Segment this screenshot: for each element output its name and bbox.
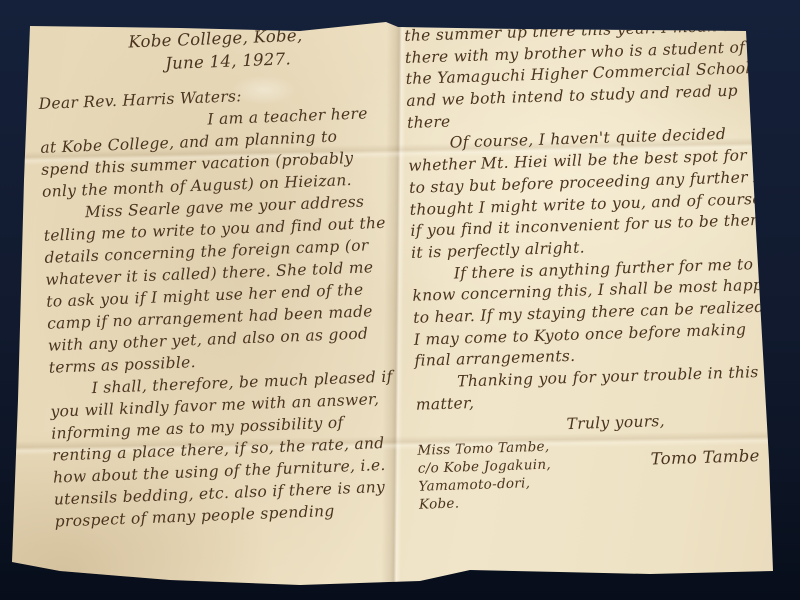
letter-paragraph: I am a teacher here at Kobe College, and… <box>39 101 390 202</box>
letter-right-page: the summer up there this year. I mean to… <box>404 15 785 515</box>
letter-left-page: Kobe College, Kobe, June 14, 1927. Dear … <box>36 21 403 533</box>
letter-paragraph: I shall, therefore, be much pleased if y… <box>49 365 403 532</box>
letter-paper: Kobe College, Kobe, June 14, 1927. Dear … <box>0 0 800 600</box>
letter-paragraph: If there is anything further for me to k… <box>411 253 780 373</box>
letter-signature: Tomo Tambe <box>650 444 760 471</box>
photo-background: Kobe College, Kobe, June 14, 1927. Dear … <box>0 0 800 600</box>
signature-block: Miss Tomo Tambe, c/o Kobe Jogakuin, Yama… <box>417 431 785 514</box>
return-address: Miss Tomo Tambe, c/o Kobe Jogakuin, Yama… <box>417 438 589 515</box>
letter-paragraph-continued: the summer up there this year. I mean to… <box>404 15 773 135</box>
letter-paragraph: Of course, I haven't quite decided wheth… <box>407 123 777 265</box>
letter-paragraph: Miss Searle gave me your address telling… <box>42 189 396 378</box>
